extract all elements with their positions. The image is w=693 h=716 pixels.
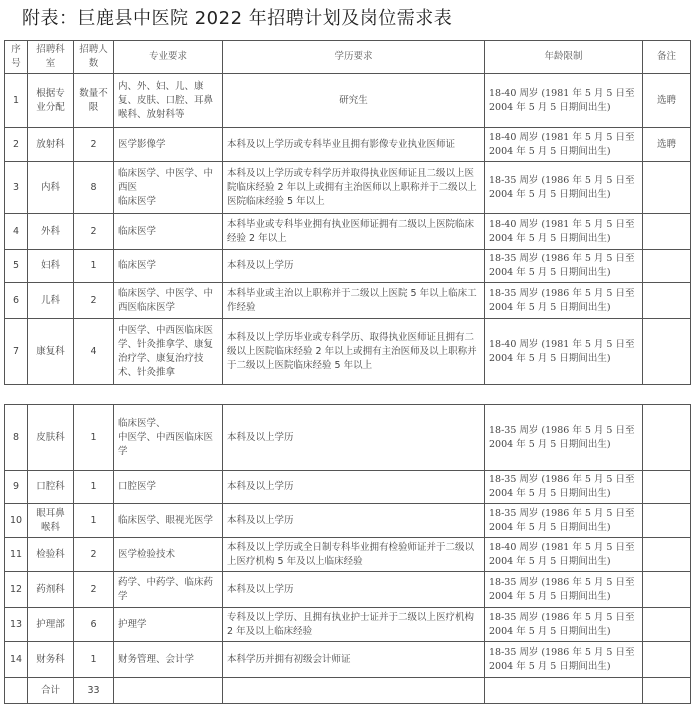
cell-education: 本科学历并拥有初级会计师证 bbox=[223, 642, 485, 678]
cell-dept: 妇科 bbox=[28, 250, 74, 283]
cell-no: 5 bbox=[5, 250, 28, 283]
cell-note: 选聘 bbox=[643, 128, 691, 162]
cell-no: 13 bbox=[5, 608, 28, 642]
cell-no: 10 bbox=[5, 504, 28, 538]
cell-major: 临床医学、眼视光医学 bbox=[114, 504, 223, 538]
cell-age: 18-40 周岁 (1981 年 5 月 5 日至 2004 年 5 月 5 日… bbox=[485, 214, 643, 250]
cell-age: 18-35 周岁 (1986 年 5 月 5 日至 2004 年 5 月 5 日… bbox=[485, 162, 643, 214]
cell-count: 2 bbox=[74, 128, 114, 162]
cell-note bbox=[643, 642, 691, 678]
cell-note bbox=[643, 608, 691, 642]
cell-no: 12 bbox=[5, 572, 28, 608]
cell-count: 1 bbox=[74, 504, 114, 538]
header-age: 年龄限制 bbox=[485, 41, 643, 74]
cell-age: 18-40 周岁 (1981 年 5 月 5 日至 2004 年 5 月 5 日… bbox=[485, 128, 643, 162]
table-row: 4 外科 2 临床医学 本科毕业或专科毕业拥有执业医师证拥有二级以上医院临床经验… bbox=[5, 214, 691, 250]
cell-education: 专科及以上学历、且拥有执业护士证并于二级以上医疗机构 2 年及以上临床经验 bbox=[223, 608, 485, 642]
cell-major: 护理学 bbox=[114, 608, 223, 642]
cell-dept: 内科 bbox=[28, 162, 74, 214]
table-row: 3 内科 8 临床医学、中医学、中西医 临床医学 本科及以上学历或专科学历并取得… bbox=[5, 162, 691, 214]
cell-count: 8 bbox=[74, 162, 114, 214]
cell-education: 本科及以上学历 bbox=[223, 250, 485, 283]
cell-no: 7 bbox=[5, 319, 28, 385]
cell-dept: 儿科 bbox=[28, 283, 74, 319]
cell-major: 内、外、妇、儿、康复、皮肤、口腔、耳鼻喉科、放射科等 bbox=[114, 74, 223, 128]
table-row: 9 口腔科 1 口腔医学 本科及以上学历 18-35 周岁 (1986 年 5 … bbox=[5, 471, 691, 504]
cell-age: 18-35 周岁 (1986 年 5 月 5 日至 2004 年 5 月 5 日… bbox=[485, 572, 643, 608]
cell-note bbox=[643, 319, 691, 385]
cell-no: 14 bbox=[5, 642, 28, 678]
cell-major: 中医学、中西医临床医学、针灸推拿学、康复治疗学、康复治疗技术、针灸推拿 bbox=[114, 319, 223, 385]
header-major: 专业要求 bbox=[114, 41, 223, 74]
cell-count: 1 bbox=[74, 405, 114, 471]
cell-note bbox=[643, 538, 691, 572]
cell-education: 研究生 bbox=[223, 74, 485, 128]
cell-count: 2 bbox=[74, 572, 114, 608]
cell-education: 本科及以上学历毕业或专科学历、取得执业医师证且拥有二级以上医院临床经验 2 年以… bbox=[223, 319, 485, 385]
cell-education: 本科毕业或主治以上职称并于二级以上医院 5 年以上临床工作经验 bbox=[223, 283, 485, 319]
cell-count: 6 bbox=[74, 608, 114, 642]
recruitment-table-part-1: 序号 招聘科室 招聘人数 专业要求 学历要求 年龄限制 备注 1 根据专业分配 … bbox=[4, 40, 691, 385]
cell-education: 本科及以上学历 bbox=[223, 504, 485, 538]
cell-count: 2 bbox=[74, 283, 114, 319]
cell-age: 18-40 周岁 (1981 年 5 月 5 日至 2004 年 5 月 5 日… bbox=[485, 74, 643, 128]
cell-major: 财务管理、会计学 bbox=[114, 642, 223, 678]
cell-note bbox=[643, 678, 691, 704]
cell-count: 1 bbox=[74, 250, 114, 283]
cell-education: 本科及以上学历或专科毕业且拥有影像专业执业医师证 bbox=[223, 128, 485, 162]
table-row-total: 合计 33 bbox=[5, 678, 691, 704]
header-dept: 招聘科室 bbox=[28, 41, 74, 74]
cell-education: 本科及以上学历 bbox=[223, 572, 485, 608]
cell-age: 18-35 周岁 (1986 年 5 月 5 日至 2004 年 5 月 5 日… bbox=[485, 405, 643, 471]
cell-note bbox=[643, 214, 691, 250]
cell-count: 数量不限 bbox=[74, 74, 114, 128]
cell-age: 18-35 周岁 (1986 年 5 月 5 日至 2004 年 5 月 5 日… bbox=[485, 642, 643, 678]
table-row: 2 放射科 2 医学影像学 本科及以上学历或专科毕业且拥有影像专业执业医师证 1… bbox=[5, 128, 691, 162]
cell-major: 临床医学、中医学、中西医临床医学 bbox=[114, 283, 223, 319]
table-row: 14 财务科 1 财务管理、会计学 本科学历并拥有初级会计师证 18-35 周岁… bbox=[5, 642, 691, 678]
header-no: 序号 bbox=[5, 41, 28, 74]
cell-note bbox=[643, 405, 691, 471]
table-row: 11 检验科 2 医学检验技术 本科及以上学历或全日制专科毕业拥有检验师证并于二… bbox=[5, 538, 691, 572]
cell-age: 18-40 周岁 (1981 年 5 月 5 日至 2004 年 5 月 5 日… bbox=[485, 538, 643, 572]
cell-no: 4 bbox=[5, 214, 28, 250]
cell-dept: 口腔科 bbox=[28, 471, 74, 504]
cell-no: 3 bbox=[5, 162, 28, 214]
header-note: 备注 bbox=[643, 41, 691, 74]
cell-note bbox=[643, 471, 691, 504]
cell-major: 医学检验技术 bbox=[114, 538, 223, 572]
cell-note bbox=[643, 283, 691, 319]
cell-major: 药学、中药学、临床药学 bbox=[114, 572, 223, 608]
table-row: 5 妇科 1 临床医学 本科及以上学历 18-35 周岁 (1986 年 5 月… bbox=[5, 250, 691, 283]
cell-age: 18-35 周岁 (1986 年 5 月 5 日至 2004 年 5 月 5 日… bbox=[485, 471, 643, 504]
cell-major: 口腔医学 bbox=[114, 471, 223, 504]
cell-dept: 药剂科 bbox=[28, 572, 74, 608]
page-title: 附表：巨鹿县中医院 2022 年招聘计划及岗位需求表 bbox=[22, 4, 452, 30]
cell-major: 临床医学 bbox=[114, 250, 223, 283]
cell-education: 本科毕业或专科毕业拥有执业医师证拥有二级以上医院临床经验 2 年以上 bbox=[223, 214, 485, 250]
cell-count: 2 bbox=[74, 214, 114, 250]
cell-no: 2 bbox=[5, 128, 28, 162]
cell-no: 11 bbox=[5, 538, 28, 572]
cell-dept: 皮肤科 bbox=[28, 405, 74, 471]
table-row: 6 儿科 2 临床医学、中医学、中西医临床医学 本科毕业或主治以上职称并于二级以… bbox=[5, 283, 691, 319]
table-row: 7 康复科 4 中医学、中西医临床医学、针灸推拿学、康复治疗学、康复治疗技术、针… bbox=[5, 319, 691, 385]
total-label: 合计 bbox=[28, 678, 74, 704]
table-row: 13 护理部 6 护理学 专科及以上学历、且拥有执业护士证并于二级以上医疗机构 … bbox=[5, 608, 691, 642]
cell-note bbox=[643, 504, 691, 538]
table-row: 1 根据专业分配 数量不限 内、外、妇、儿、康复、皮肤、口腔、耳鼻喉科、放射科等… bbox=[5, 74, 691, 128]
header-count: 招聘人数 bbox=[74, 41, 114, 74]
total-count: 33 bbox=[74, 678, 114, 704]
cell-age: 18-40 周岁 (1981 年 5 月 5 日至 2004 年 5 月 5 日… bbox=[485, 319, 643, 385]
cell-age: 18-35 周岁 (1986 年 5 月 5 日至 2004 年 5 月 5 日… bbox=[485, 283, 643, 319]
cell-major bbox=[114, 678, 223, 704]
cell-no: 6 bbox=[5, 283, 28, 319]
cell-dept: 财务科 bbox=[28, 642, 74, 678]
recruitment-table-part-2: 8 皮肤科 1 临床医学、 中医学、中西医临床医学 本科及以上学历 18-35 … bbox=[4, 404, 691, 704]
cell-major: 临床医学、 中医学、中西医临床医学 bbox=[114, 405, 223, 471]
cell-no: 9 bbox=[5, 471, 28, 504]
cell-dept: 检验科 bbox=[28, 538, 74, 572]
table-row: 8 皮肤科 1 临床医学、 中医学、中西医临床医学 本科及以上学历 18-35 … bbox=[5, 405, 691, 471]
cell-education: 本科及以上学历或专科学历并取得执业医师证且二级以上医院临床经验 2 年以上或拥有… bbox=[223, 162, 485, 214]
cell-dept: 康复科 bbox=[28, 319, 74, 385]
cell-dept: 外科 bbox=[28, 214, 74, 250]
cell-education: 本科及以上学历 bbox=[223, 405, 485, 471]
cell-major: 临床医学 bbox=[114, 214, 223, 250]
cell-note bbox=[643, 162, 691, 214]
cell-education: 本科及以上学历或全日制专科毕业拥有检验师证并于二级以上医疗机构 5 年及以上临床… bbox=[223, 538, 485, 572]
cell-count: 1 bbox=[74, 642, 114, 678]
cell-age: 18-35 周岁 (1986 年 5 月 5 日至 2004 年 5 月 5 日… bbox=[485, 608, 643, 642]
cell-education bbox=[223, 678, 485, 704]
cell-note bbox=[643, 572, 691, 608]
cell-dept: 眼耳鼻喉科 bbox=[28, 504, 74, 538]
header-education: 学历要求 bbox=[223, 41, 485, 74]
cell-age bbox=[485, 678, 643, 704]
cell-no: 8 bbox=[5, 405, 28, 471]
table-header-row: 序号 招聘科室 招聘人数 专业要求 学历要求 年龄限制 备注 bbox=[5, 41, 691, 74]
table-row: 12 药剂科 2 药学、中药学、临床药学 本科及以上学历 18-35 周岁 (1… bbox=[5, 572, 691, 608]
cell-no bbox=[5, 678, 28, 704]
table-row: 10 眼耳鼻喉科 1 临床医学、眼视光医学 本科及以上学历 18-35 周岁 (… bbox=[5, 504, 691, 538]
cell-education: 本科及以上学历 bbox=[223, 471, 485, 504]
cell-dept: 根据专业分配 bbox=[28, 74, 74, 128]
cell-note bbox=[643, 250, 691, 283]
cell-age: 18-35 周岁 (1986 年 5 月 5 日至 2004 年 5 月 5 日… bbox=[485, 250, 643, 283]
cell-dept: 护理部 bbox=[28, 608, 74, 642]
cell-count: 1 bbox=[74, 471, 114, 504]
cell-no: 1 bbox=[5, 74, 28, 128]
cell-count: 4 bbox=[74, 319, 114, 385]
cell-major: 医学影像学 bbox=[114, 128, 223, 162]
cell-note: 选聘 bbox=[643, 74, 691, 128]
cell-age: 18-35 周岁 (1986 年 5 月 5 日至 2004 年 5 月 5 日… bbox=[485, 504, 643, 538]
cell-dept: 放射科 bbox=[28, 128, 74, 162]
cell-count: 2 bbox=[74, 538, 114, 572]
cell-major: 临床医学、中医学、中西医 临床医学 bbox=[114, 162, 223, 214]
